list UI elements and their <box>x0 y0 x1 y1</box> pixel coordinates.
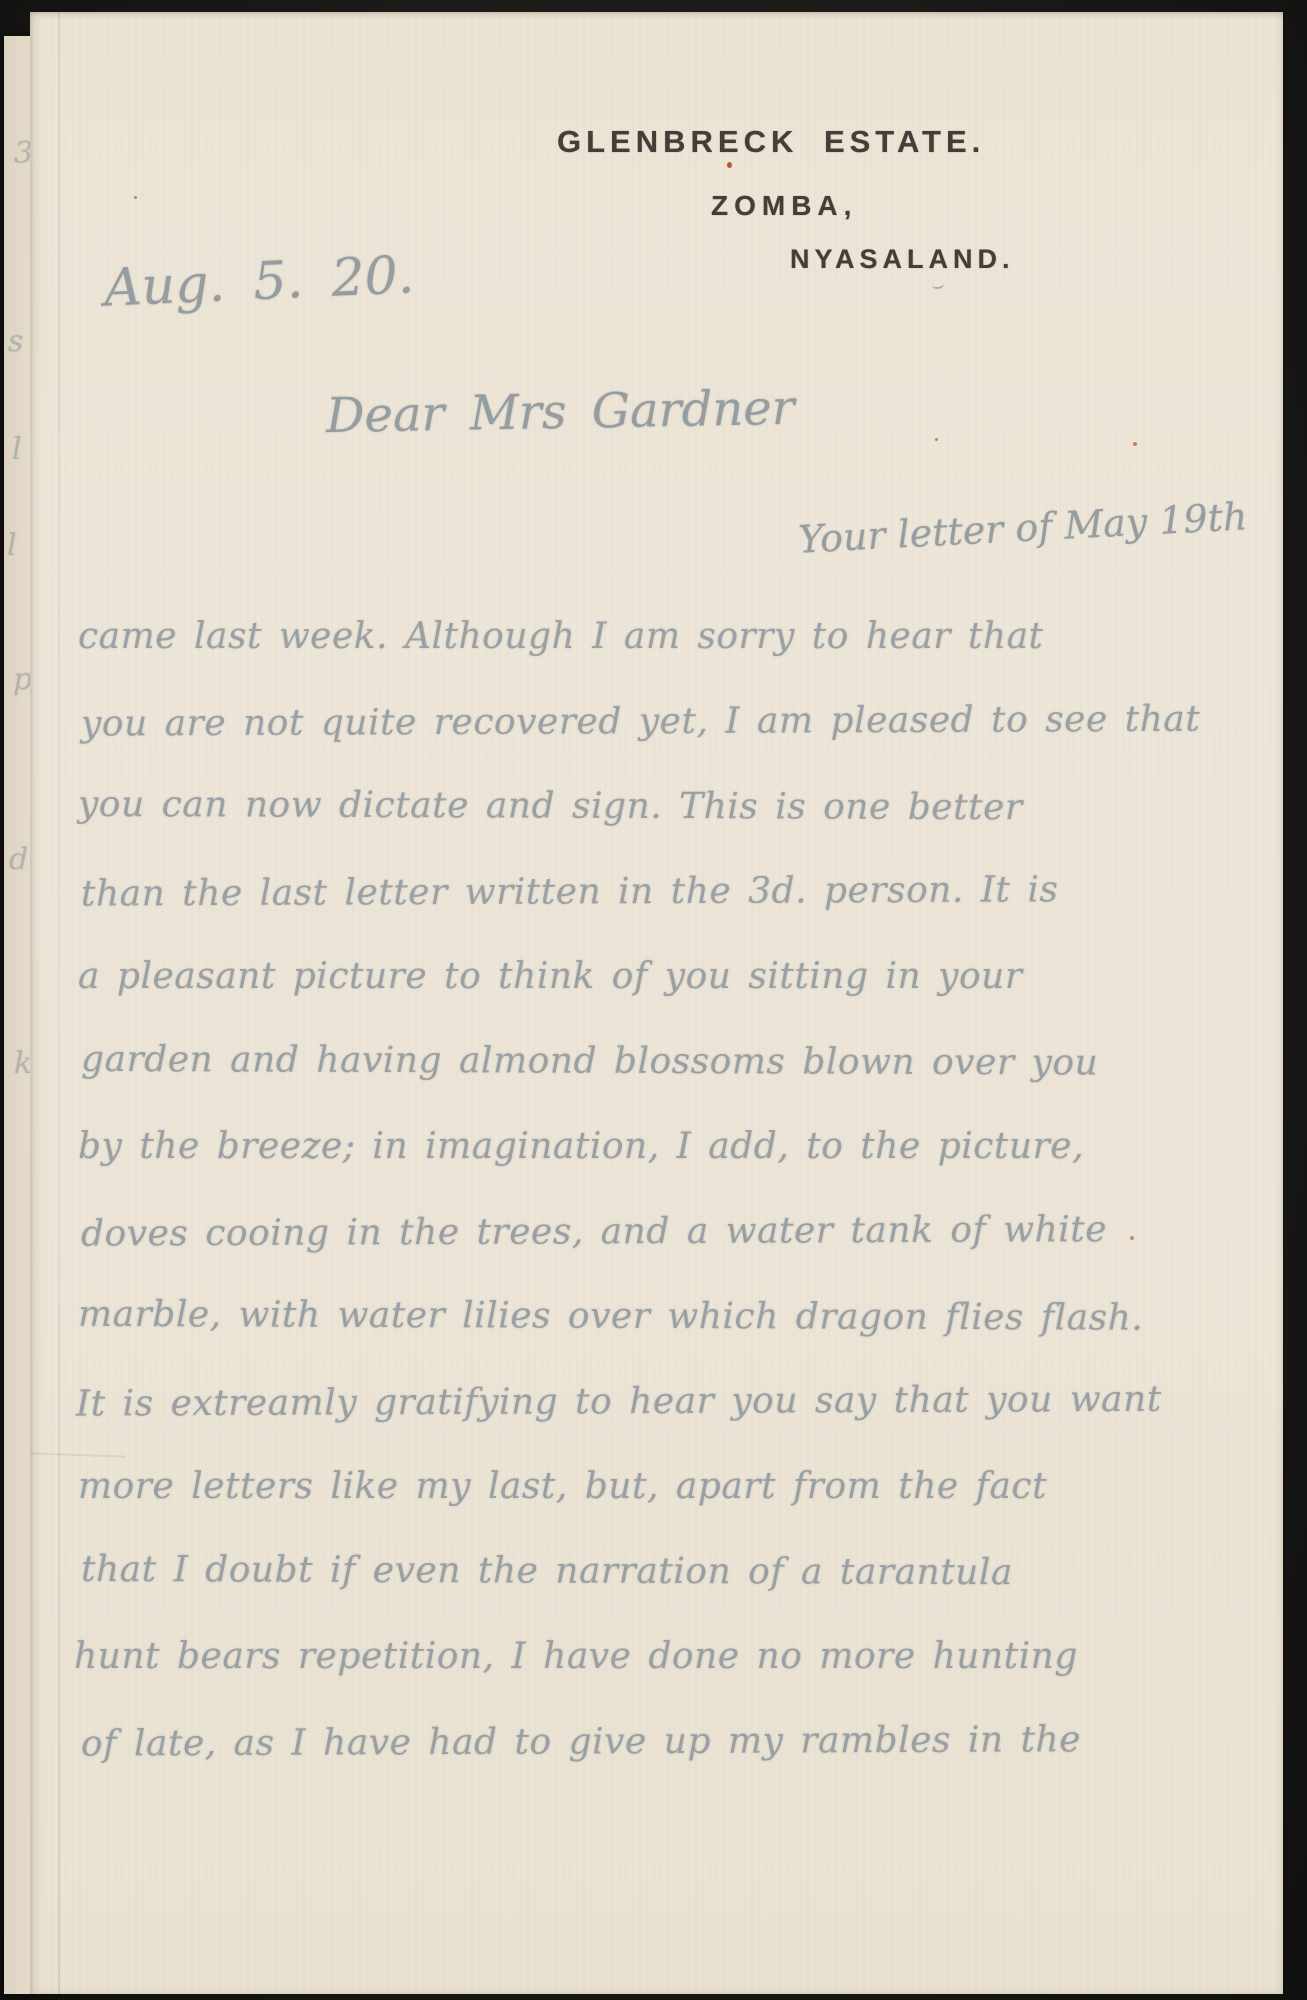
body-line: garden and having almond blossoms blown … <box>81 1017 1268 1106</box>
letter-body: came last week. Although I am sorry to h… <box>78 594 1268 1784</box>
paper-speck <box>1130 1236 1134 1240</box>
paper-speck <box>727 162 732 168</box>
ghost-writing-fragment: l <box>12 432 22 467</box>
body-line: you are not quite recovered yet, I am pl… <box>81 676 1268 766</box>
letterhead-country-line: NYASALAND. <box>790 244 1015 275</box>
body-line: than the last letter written in the 3d. … <box>81 846 1268 936</box>
scan-background: 3 s l l p d k GLENBRECK ESTATE. ZOMBA, N… <box>0 0 1307 2000</box>
letterhead-estate-line: GLENBRECK ESTATE. <box>557 124 985 160</box>
paper-speck <box>134 196 137 199</box>
body-line: hunt bears repetition, I have done no mo… <box>74 1614 1268 1699</box>
body-line: marble, with water lilies over which dra… <box>78 1272 1268 1361</box>
body-line: by the breeze; in imagination, I add, to… <box>78 1104 1268 1189</box>
letter-page: GLENBRECK ESTATE. ZOMBA, NYASALAND. Aug.… <box>30 12 1283 1994</box>
letterhead-town-line: ZOMBA, <box>711 190 857 222</box>
ghost-writing-fragment: l <box>7 528 17 563</box>
body-line: a pleasant picture to think of you sitti… <box>78 934 1268 1019</box>
salutation: Dear Mrs Gardner <box>326 380 795 444</box>
body-line: doves cooing in the trees, and a water t… <box>81 1186 1268 1276</box>
body-line: you can now dictate and sign. This is on… <box>78 762 1268 851</box>
body-line: It is extreamly gratifying to hear you s… <box>76 1356 1268 1446</box>
handwritten-date: Aug. 5. 20. <box>103 245 416 318</box>
ghost-writing-fragment: d <box>9 842 28 877</box>
paper-speck <box>1133 442 1137 446</box>
paper-speck <box>935 438 938 441</box>
fold-crease-vertical <box>58 12 61 1994</box>
body-line: that I doubt if even the narration of a … <box>81 1527 1268 1616</box>
body-line: came last week. Although I am sorry to h… <box>78 594 1268 679</box>
pencil-mark <box>931 279 944 290</box>
body-line: more letters like my last, but, apart fr… <box>78 1444 1268 1529</box>
ghost-writing-fragment: s <box>8 324 23 359</box>
opening-line: Your letter of May 19th <box>797 494 1248 561</box>
body-line: of late, as I have had to give up my ram… <box>81 1696 1268 1786</box>
